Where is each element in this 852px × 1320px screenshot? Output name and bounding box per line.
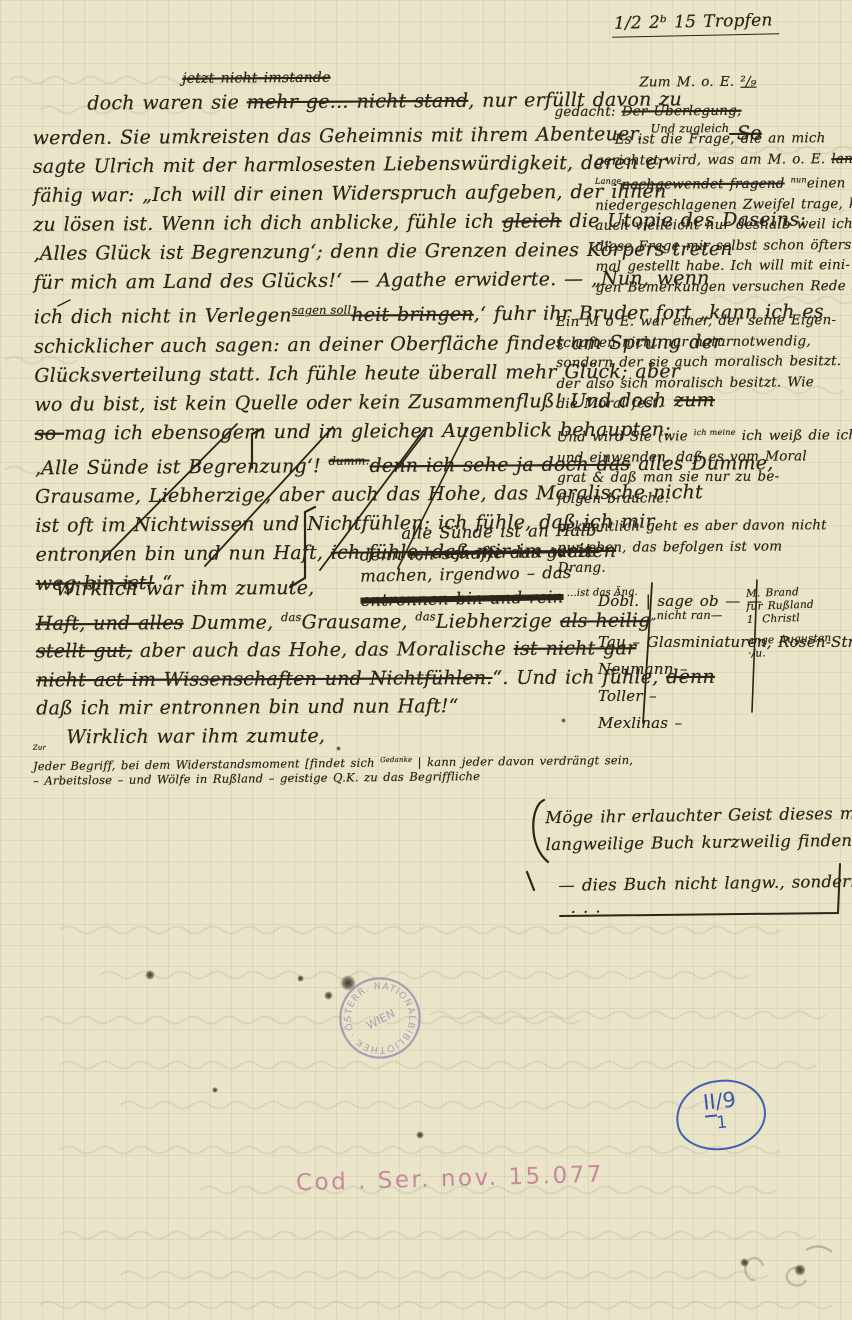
handwritten-line: Möge ihr erlauchter Geist dieses manchem: [545, 800, 845, 831]
handwritten-line: alle Sünde ist an Halb-: [401, 520, 571, 544]
handwritten-line: Glücksverteilung statt. Ich fühle heute …: [34, 358, 564, 391]
names-list-side-note: M. Brandfür Rußland1. Christlange August…: [746, 584, 852, 661]
ink-blot: [145, 970, 155, 980]
stamp-center-text: WIEN: [364, 1006, 398, 1032]
foliation-oval: II/9 1: [673, 1075, 770, 1154]
handwritten-line: mal gestellt habe. Ich will mit eini-: [596, 255, 852, 277]
handwritten-line: gerichtet wird, was am M. o. E. lang: [595, 148, 852, 170]
handwritten-line: ich dich nicht in Verlegensagen sollheit…: [34, 295, 564, 333]
handwritten-line: · · ·: [570, 895, 846, 926]
shelfmark: Cod . Ser. nov. 15.077: [296, 1162, 605, 1197]
handwritten-line: Zum M. o. E. ²/₉: [639, 71, 852, 93]
handwritten-line: Toller –: [598, 683, 828, 710]
ink-blot: [561, 718, 566, 723]
bracketed-dedication-note: Möge ihr erlauchter Geist dieses manchem…: [545, 800, 847, 926]
ink-blot: [340, 975, 356, 991]
handwritten-line: so mag ich ebensogern und im gleichen Au…: [35, 416, 565, 449]
footnote-block: ZurJeder Begriff, bei dem Widerstandsmom…: [33, 735, 553, 787]
handwritten-line: Grausame, Liebherzige, aber auch das Hoh…: [35, 479, 565, 512]
handwritten-line: Und wird Sie (wie ich meine ich weiß die…: [557, 421, 852, 448]
handwritten-line: der also sich moralisch besitzt. Wie: [556, 372, 852, 395]
handwritten-line: nicht act im Wissenschaften und Nichtfüh…: [36, 664, 566, 695]
handwritten-line: stellt gut, aber auch das Hohe, das Mora…: [36, 635, 566, 666]
handwritten-line: für mich am Land des Glücks!‘ — Agathe e…: [34, 266, 564, 299]
handwritten-line: fähig war: „Ich will dir einen Widerspru…: [33, 179, 563, 212]
handwritten-line: Drang.: [558, 556, 852, 579]
handwritten-line: doch waren sie mehr ge… nicht stand, nur…: [87, 86, 562, 118]
handwritten-line: und einwenden, daß es vom Moral: [557, 445, 852, 468]
handwritten-line: jetzt nicht imstande: [182, 66, 562, 89]
handwritten-line: Ein M o E. war einer, der seine Eigen-: [556, 310, 852, 333]
handwritten-line: diese Frage mir selbst schon öfters nich…: [595, 235, 852, 257]
handwritten-line: schicklicher auch sagen: an deiner Oberf…: [34, 329, 564, 362]
handwritten-line: 1. Christl: [747, 610, 852, 627]
handwritten-line: grat & daß man sie nur zu be-: [557, 466, 852, 489]
handwritten-line: Mexlinas –: [598, 710, 828, 737]
handwritten-line: Wirklich war ihm zumute,: [56, 573, 566, 604]
handwritten-line: bekanntlich geht es aber davon nicht: [557, 515, 852, 538]
main-text-block: jetzt nicht imstandedoch waren sie mehr …: [32, 66, 566, 599]
handwritten-line: gedacht: Der Überlegung,: [554, 99, 852, 122]
handwritten-line: langweilige Buch kurzweilig finden!: [546, 827, 846, 858]
revised-text-block: Wirklich war ihm zumute,Haft, und alles …: [36, 573, 567, 752]
ink-blot: [297, 975, 304, 982]
handwritten-line: gen Bemerkungen versuchen Rede zu stehn.: [596, 276, 852, 298]
handwritten-line: nur eben, das befolgen ist vom: [557, 535, 852, 558]
ink-blot: [212, 1087, 218, 1093]
handwritten-line: die Moral fest.: [556, 392, 852, 415]
handwritten-line: sagte Ulrich mit der harmlosesten Lieben…: [33, 150, 563, 183]
handwritten-line: ·/u.: [748, 644, 852, 661]
handwritten-line: ‚Alles Glück ist Begrenzung‘; denn die G…: [33, 237, 563, 270]
handwritten-line: Langenachgewendet fragend nuneinen nicht: [595, 169, 852, 196]
handwritten-line: zu lösen ist. Wenn ich dich anblicke, fü…: [33, 208, 563, 241]
manuscript-page: 1/2 2ᵇ 15 Tropfen jetzt nicht imstandedo…: [0, 0, 852, 1320]
handwritten-line: ‚Alle Sünde ist Begrenzung‘! dumm.denn i…: [35, 445, 565, 483]
dosage-note: 1/2 2ᵇ 15 Tropfen: [612, 10, 779, 37]
handwritten-line: — dies Buch nicht langw., sondern: [558, 868, 846, 899]
ink-blot: [336, 746, 341, 751]
ink-blot: [794, 1264, 806, 1276]
handwritten-line: auch vielleicht nur deshalb weil ich: [595, 214, 852, 236]
handwritten-line: werden. Sie umkreisten das Geheimnis mit…: [33, 115, 563, 153]
handwritten-line: daß ich mir entronnen bin und nun Haft!“: [36, 692, 566, 723]
handwritten-line: Neumann –: [598, 656, 828, 683]
handwritten-line: Haft, und alles Dumme, dasGrausame, dasL…: [36, 601, 566, 638]
handwritten-line: folgen brauche.: [557, 486, 852, 509]
handwritten-line: niedergeschlagenen Zweifel trage, kann: [595, 194, 852, 216]
handwritten-line: sondern der sie auch moralisch besitzt.: [556, 351, 852, 374]
ink-blot: [324, 991, 333, 1000]
handwritten-line: schaften nicht nur naturnotwendig,: [556, 331, 852, 354]
ink-blot: [740, 1258, 749, 1267]
library-stamp: ÖSTERR. NATIONALBIBLIOTHEK · WIEN: [321, 959, 439, 1077]
ink-blot: [416, 1131, 424, 1139]
handwritten-line: Es ist die Frage, die an mich: [615, 128, 852, 150]
right-column-notes: Zum M. o. E. ²/₉gedacht: Der Überlegung,…: [554, 71, 852, 579]
handwritten-line: wo du bist, ist kein Quelle oder kein Zu…: [34, 387, 564, 420]
